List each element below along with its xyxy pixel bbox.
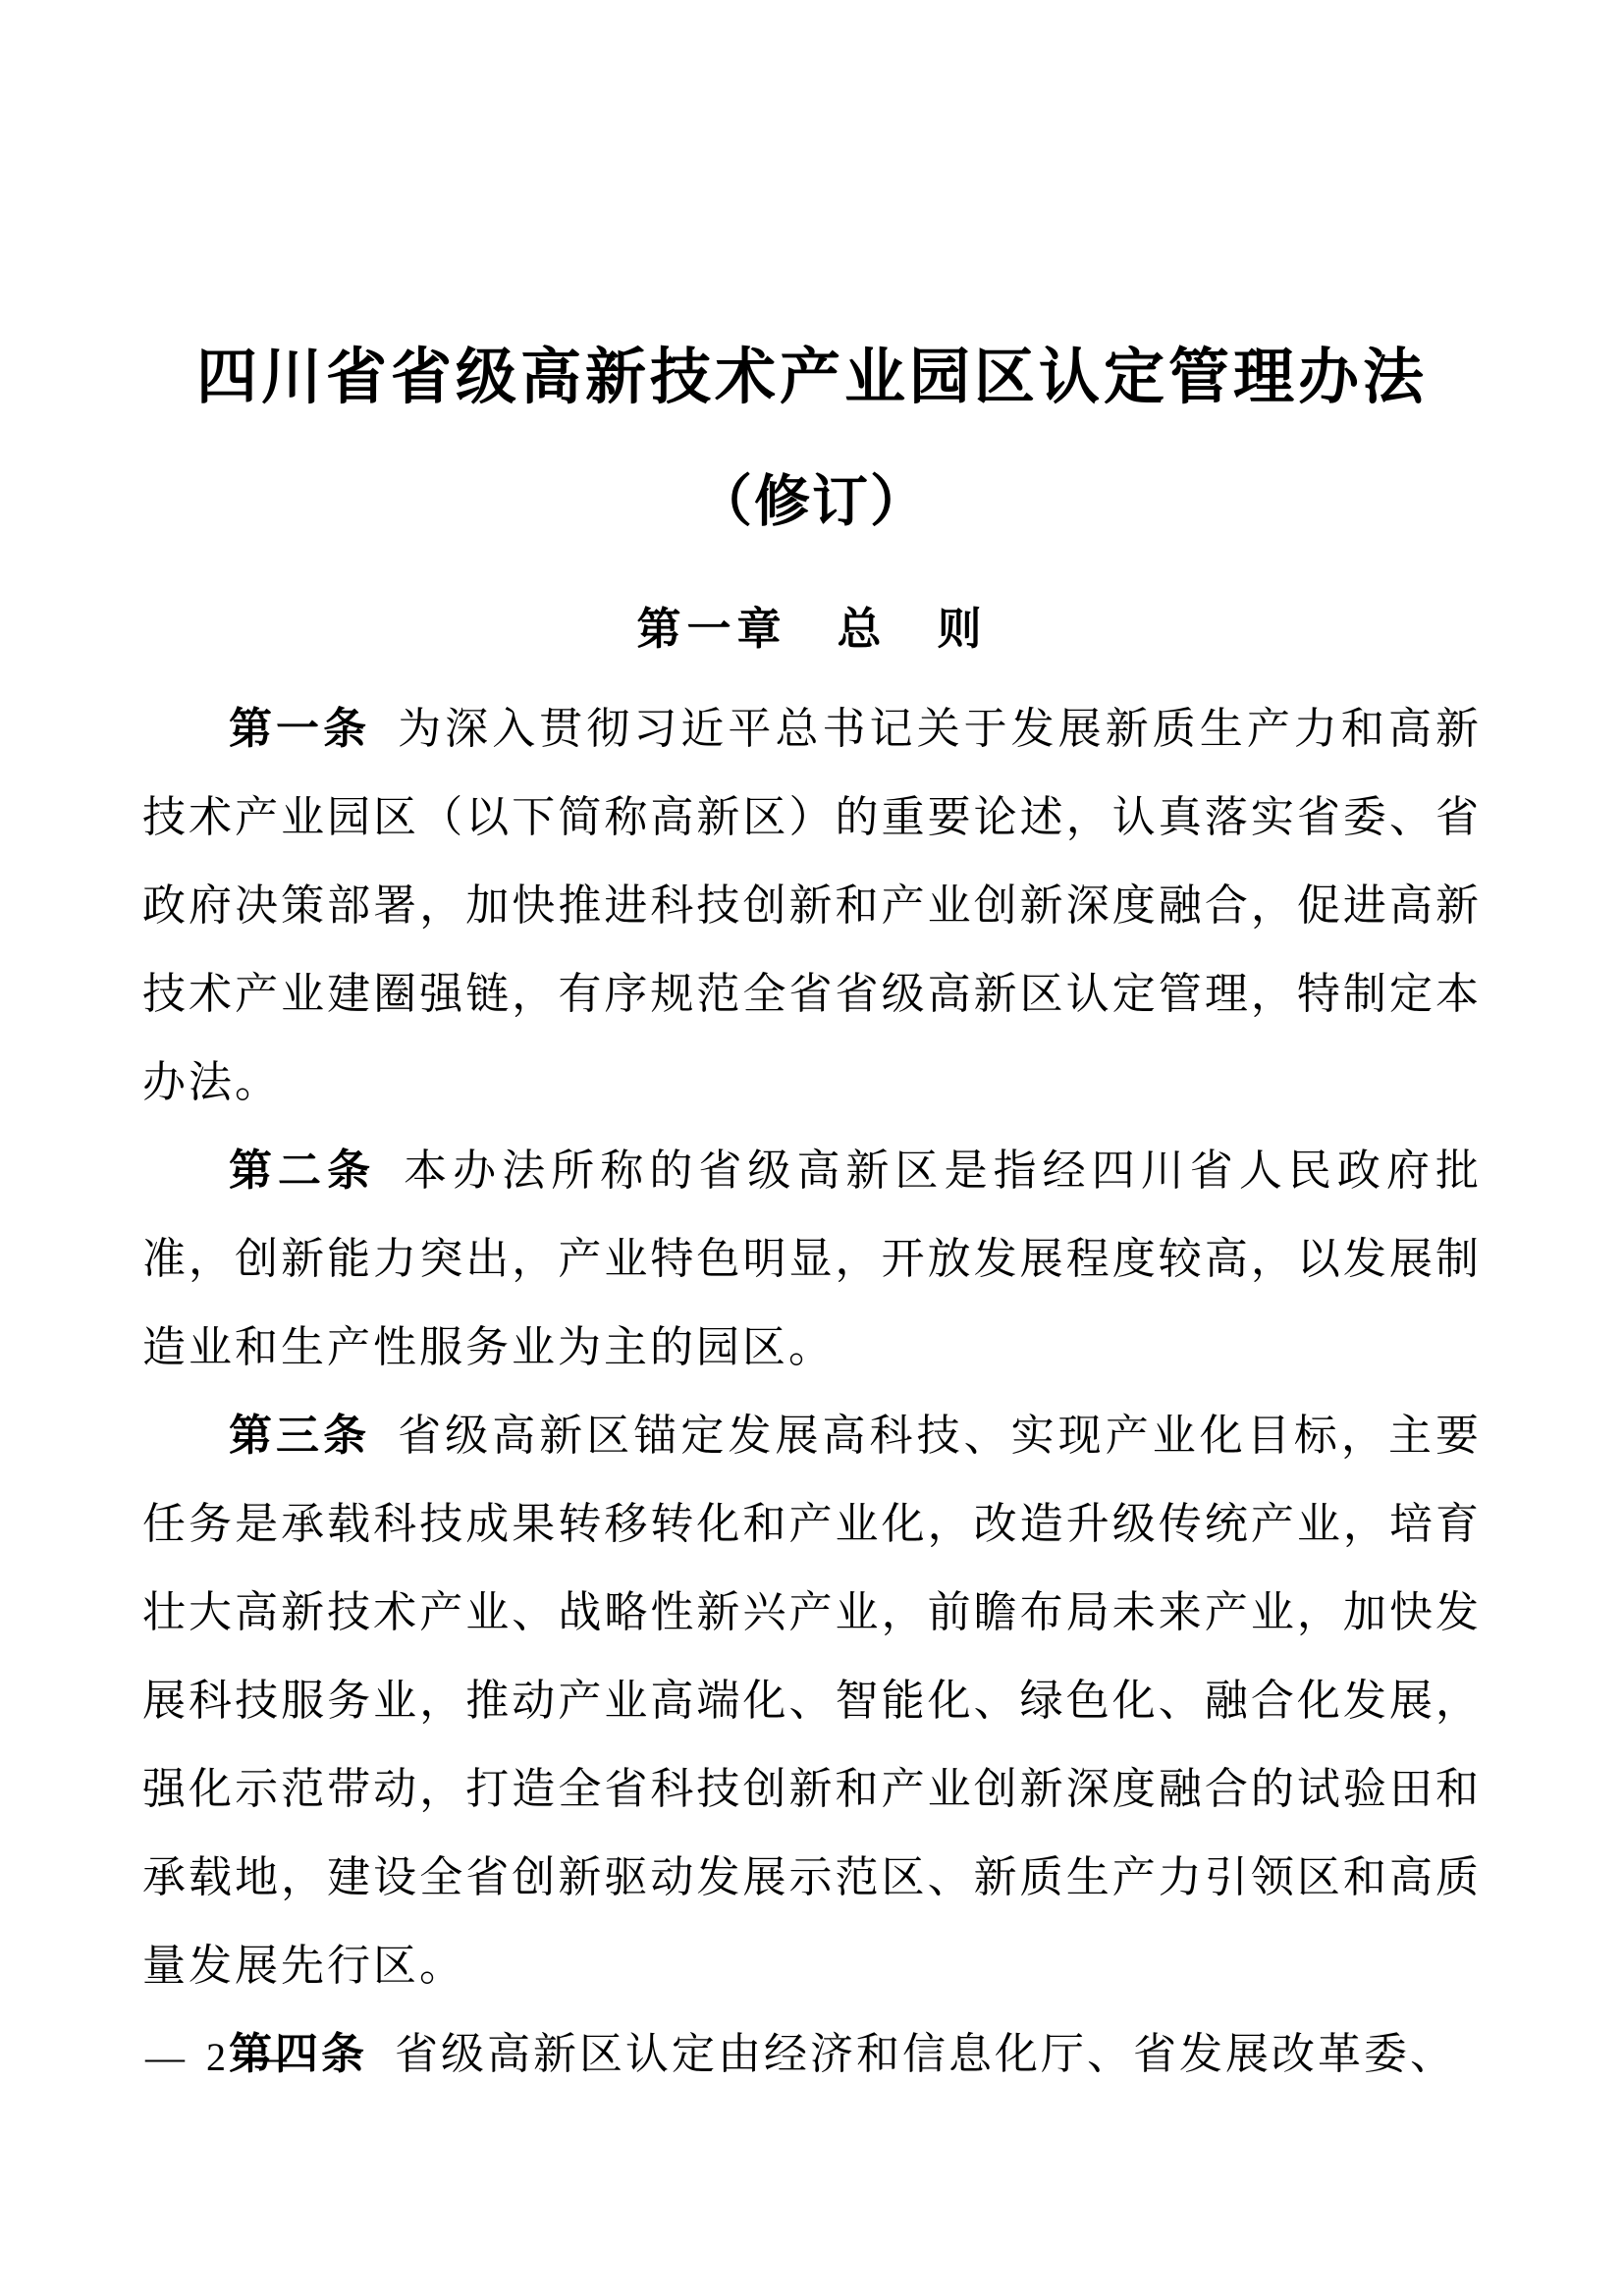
article-number-2: 第二条 xyxy=(229,1147,376,1195)
article-number-1: 第一条 xyxy=(229,705,370,753)
article-paragraph-4: 第四条省级高新区认定由经济和信息化厅、省发展改革委、 xyxy=(142,2010,1482,2099)
article-text-3: 省级高新区锚定发展高科技、实现产业化目标，主要任务是承载科技成果转移转化和产业化… xyxy=(142,1412,1482,1990)
document-title: 四川省省级高新技术产业园区认定管理办法 xyxy=(142,324,1482,432)
page-number: — 2 — xyxy=(145,2034,293,2080)
document-page: 四川省省级高新技术产业园区认定管理办法 （修订） 第一章 总 则 第一条为深入贯… xyxy=(0,0,1624,2296)
document-subtitle: （修订） xyxy=(142,454,1482,552)
article-paragraph-1: 第一条为深入贯彻习近平总书记关于发展新质生产力和高新技术产业园区（以下简称高新区… xyxy=(142,685,1482,1127)
article-text-4: 省级高新区认定由经济和信息化厅、省发展改革委、 xyxy=(395,2030,1456,2078)
article-paragraph-2: 第二条本办法所称的省级高新区是指经四川省人民政府批准，创新能力突出，产业特色明显… xyxy=(142,1127,1482,1392)
chapter-heading: 第一章 总 则 xyxy=(142,599,1482,660)
article-paragraph-3: 第三条省级高新区锚定发展高科技、实现产业化目标，主要任务是承载科技成果转移转化和… xyxy=(142,1392,1482,2010)
document-body: 第一条为深入贯彻习近平总书记关于发展新质生产力和高新技术产业园区（以下简称高新区… xyxy=(142,685,1482,2099)
article-number-3: 第三条 xyxy=(229,1412,370,1460)
article-text-1: 为深入贯彻习近平总书记关于发展新质生产力和高新技术产业园区（以下简称高新区）的重… xyxy=(142,705,1482,1106)
